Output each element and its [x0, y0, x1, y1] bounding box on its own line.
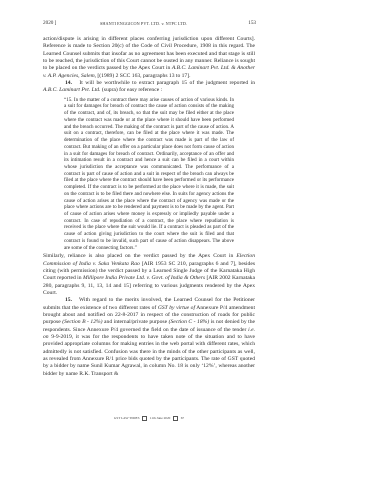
paragraph-intro: action/dispute is arising in different p…: [43, 36, 255, 80]
emphasis: GST by virtue of: [158, 305, 195, 311]
paragraph-number: 15.: [65, 297, 72, 303]
case-citation: A.B.C. Laminart Pvt. Ltd.: [43, 87, 101, 93]
square-bullet-icon: [173, 416, 178, 421]
text: 9-9-2019, it was for the respondents to …: [43, 334, 255, 377]
running-footer: GST LAW TIMES 11th June 2020 67: [43, 416, 255, 421]
case-citation: Millipore India Private Ltd. v. Govt. of…: [83, 275, 205, 281]
block-quote: “15. In the matter of a contract there m…: [64, 97, 234, 252]
text: Similarly, reliance is also placed on th…: [43, 253, 236, 259]
text: [(1989) 2 SCC 163, paragraphs 13 to 17].: [96, 73, 190, 79]
page-number: 153: [248, 20, 256, 26]
text: and internal/private purpose: [103, 319, 169, 325]
header-case-title: SHANTI ENGGICON PVT. LTD. v. NTPC LTD.: [100, 21, 187, 26]
text: (supra) for easy reference :: [101, 87, 163, 93]
running-header: 2020 ] SHANTI ENGGICON PVT. LTD. v. NTPC…: [43, 20, 255, 30]
footer-publication: GST LAW TIMES: [114, 416, 140, 420]
paragraph-14: 14. It will be worthwhile to extract par…: [43, 80, 255, 95]
emphasis: (Section B - 12%): [62, 319, 102, 325]
header-year: 2020 ]: [43, 20, 56, 26]
square-bullet-icon: [142, 416, 147, 421]
footer-date: 11th June 2020: [150, 416, 171, 420]
emphasis: (Section C - 18%): [169, 319, 210, 325]
paragraph-number: 14.: [65, 80, 72, 86]
paragraph-15: 15. With regard to the merits involved, …: [43, 297, 255, 378]
paragraph-similarly: Similarly, reliance is also placed on th…: [43, 253, 255, 297]
footer-issue: 67: [181, 416, 184, 420]
document-body: action/dispute is arising in different p…: [43, 36, 255, 378]
text: It will be worthwhile to extract paragra…: [79, 80, 255, 86]
